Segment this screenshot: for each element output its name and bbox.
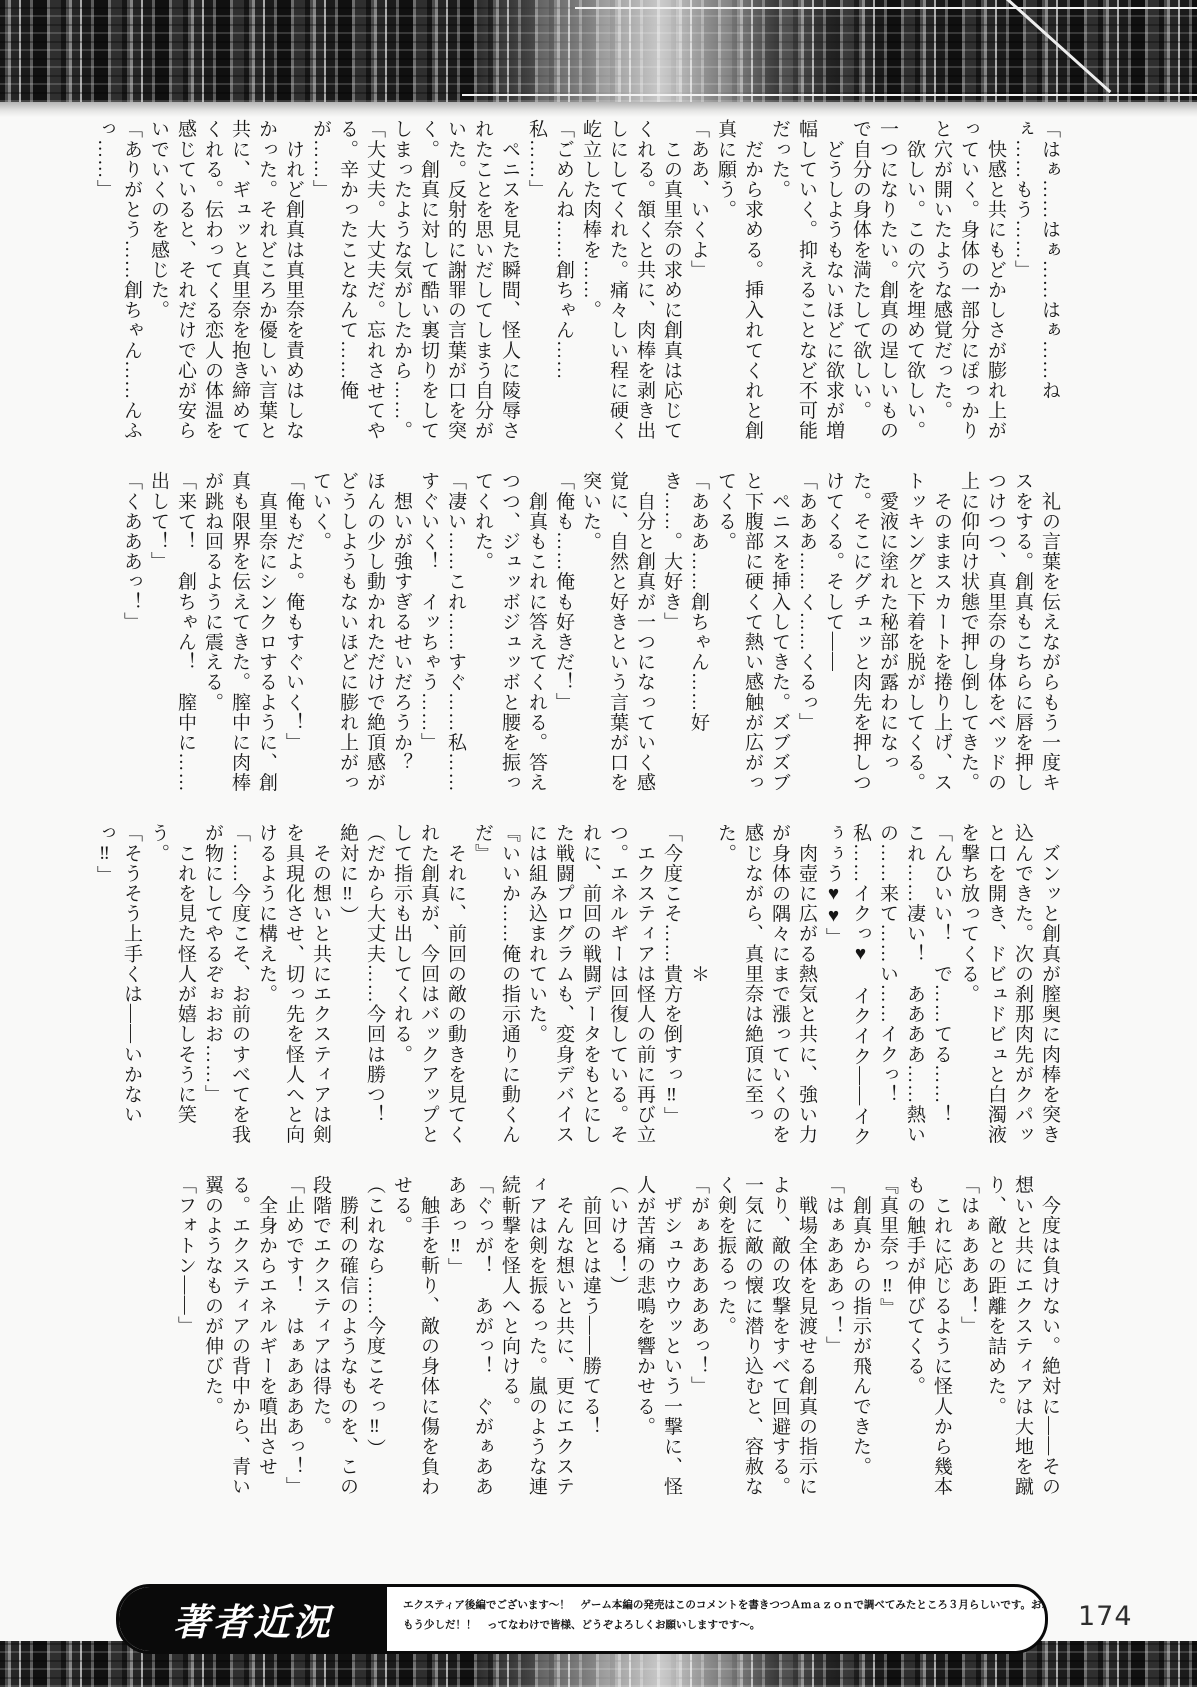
text-band-2: 礼の言葉を伝えながらもう一度キスをする。創真もこちらに唇を押しつけつつ、真里奈の… [111,471,1063,812]
top-banner-collage [0,0,1197,102]
page-number: 174 [1078,1601,1133,1632]
text-band-3: ズンッと創真が膣奥に肉棒を突き込んできた。次の刹那肉先がクパッと口を開き、ドビュ… [111,823,1063,1164]
author-note-label: 著者近況 [119,1587,387,1651]
novel-page: 「はぁ……はぁ……はぁ……ねぇ……もう……」 快感と共にもどかしさが膨れ上がって… [0,0,1197,1687]
banner-horizontal-line [462,94,1197,96]
text-band-4: 今度は負けない。絶対に——その想いと共にエクスティアは大地を蹴り、敵との距離を詰… [111,1175,1063,1516]
author-note-line2: もう少しだ！！ ってなわけで皆様、どうぞよろしくお願いしますです～。 [403,1615,1029,1635]
author-note-line1: エクスティア後編でございます～！ ゲーム本編の発売はこのコメントを書きつつＡｍａ… [403,1595,1029,1615]
banner-horizontal-line [575,7,1197,9]
author-note-box: 著者近況 エクスティア後編でございます～！ ゲーム本編の発売はこのコメントを書き… [116,1584,1048,1654]
text-band-1: 「はぁ……はぁ……はぁ……ねぇ……もう……」 快感と共にもどかしさが膨れ上がって… [111,119,1063,460]
banner-diagonal-line [990,0,1111,93]
banner-fade-strip [0,102,1197,117]
author-note-text: エクスティア後編でございます～！ ゲーム本編の発売はこのコメントを書きつつＡｍａ… [387,1587,1045,1651]
